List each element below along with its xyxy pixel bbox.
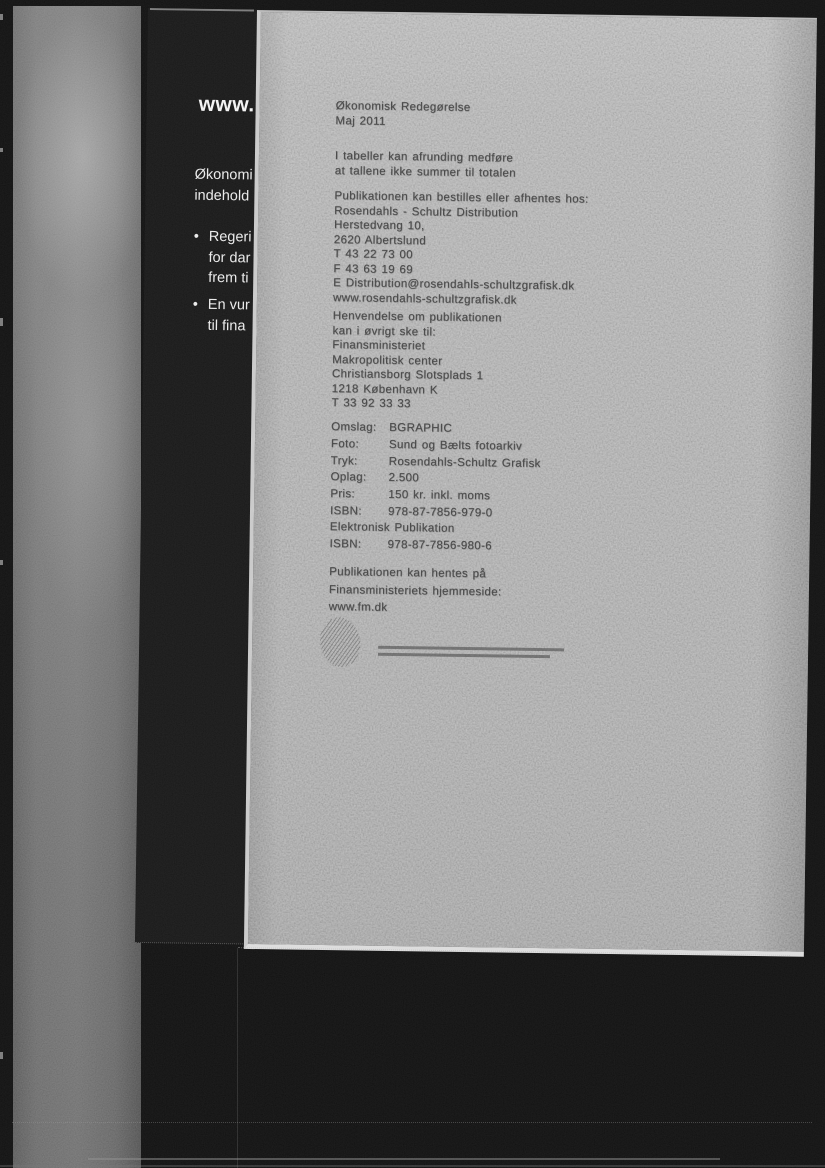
cover-bullet-line: for dar <box>208 247 251 268</box>
cover-bullet-item: • Regeri for dar frem ti <box>193 227 252 289</box>
cover-description: Økonomi indehold <box>194 165 253 207</box>
imprint-label: ISBN: <box>329 536 387 553</box>
fine-print-line <box>378 653 550 658</box>
scan-artifact-dash <box>0 318 3 326</box>
publication-edition: Maj 2011 <box>335 114 470 130</box>
imprint-value: 150 kr. inkl. moms <box>388 489 490 502</box>
bullet-icon: • <box>192 295 208 336</box>
inquiries-block: Henvendelse om publikationen kan i øvrig… <box>331 309 501 413</box>
scan-artifact-dash <box>0 148 3 152</box>
imprint-label: Omslag: <box>331 419 389 437</box>
imprint-label: Foto: <box>331 436 389 454</box>
imprint-label: Tryk: <box>331 453 389 471</box>
colophon-text-line: at tallene ikke summer til totalen <box>335 164 516 181</box>
imprint-label: Pris: <box>330 486 388 504</box>
imprint-row: ISBN:978-87-7856-980-6 <box>329 536 492 555</box>
imprint-value: Rosendahls-Schultz Grafisk <box>389 455 541 469</box>
electronic-publication-block: Elektronisk Publikation ISBN:978-87-7856… <box>329 519 492 554</box>
scan-artifact-line <box>12 1122 812 1123</box>
imprint-label: ISBN: <box>330 503 388 521</box>
scan-artifact-dash <box>0 1052 3 1059</box>
cover-description-line: indehold <box>194 185 252 206</box>
colophon-page: Økonomisk Redegørelse Maj 2011 I tabelle… <box>244 10 817 957</box>
imprint-value: 978-87-7856-979-0 <box>388 506 493 519</box>
scanner-edge-band <box>13 6 141 1168</box>
scan-artifact-dash <box>0 14 3 20</box>
rounding-note-block: I tabeller kan afrunding medføre at tall… <box>335 149 517 181</box>
scan-vertical-streak <box>237 948 238 1168</box>
imprint-block: Omslag:BGRAPHIC Foto:Sund og Bælts fotoa… <box>330 419 541 523</box>
publication-title-block: Økonomisk Redegørelse Maj 2011 <box>335 99 470 130</box>
colophon-text-line: Henvendelse om publikationen <box>333 309 502 326</box>
imprint-value: 2.500 <box>388 472 419 484</box>
cover-top-edge <box>150 8 254 11</box>
cover-bullet-line: til fina <box>207 315 249 336</box>
colophon-text-line: Publikationen kan hentes på <box>329 564 502 584</box>
cover-bullet-line: En vur <box>208 295 250 316</box>
scan-artifact-line <box>0 1165 825 1167</box>
colophon-text: Økonomisk Redegørelse Maj 2011 I tabelle… <box>337 13 767 19</box>
download-website: www.fm.dk <box>329 599 502 619</box>
eco-label-row <box>320 617 565 670</box>
imprint-value: BGRAPHIC <box>389 422 452 435</box>
cover-bullet-line: frem ti <box>208 268 251 289</box>
scanned-document-canvas: www. Økonomi indehold • Regeri for dar f… <box>0 0 825 1168</box>
distribution-block: Publikationen kan bestilles eller afhent… <box>333 189 589 309</box>
imprint-value: Sund og Bælts fotoarkiv <box>389 439 522 453</box>
colophon-text-line: Christiansborg Slotsplads 1 <box>332 367 501 384</box>
cover-bullet-item: • En vur til fina <box>192 295 249 337</box>
download-block: Publikationen kan hentes på Finansminist… <box>329 564 502 619</box>
imprint-label: Oplag: <box>330 469 388 487</box>
publication-title: Økonomisk Redegørelse <box>336 99 471 115</box>
bullet-icon: • <box>193 227 209 289</box>
scan-artifact-line <box>88 1158 720 1160</box>
scan-artifact-dash <box>0 560 3 565</box>
cover-description-line: Økonomi <box>195 165 253 186</box>
eco-label-icon <box>316 614 363 670</box>
colophon-text-line: T 33 92 33 33 <box>331 396 500 413</box>
fine-print-line <box>378 646 564 652</box>
cover-website-text: www. <box>198 93 254 118</box>
cover-bullet-line: Regeri <box>209 227 252 248</box>
back-cover-panel: www. Økonomi indehold • Regeri for dar f… <box>135 8 260 944</box>
colophon-text-line: Finansministeriet <box>332 338 501 355</box>
eco-label-fine-print <box>378 646 564 663</box>
imprint-value: 978-87-7856-980-6 <box>387 538 492 551</box>
